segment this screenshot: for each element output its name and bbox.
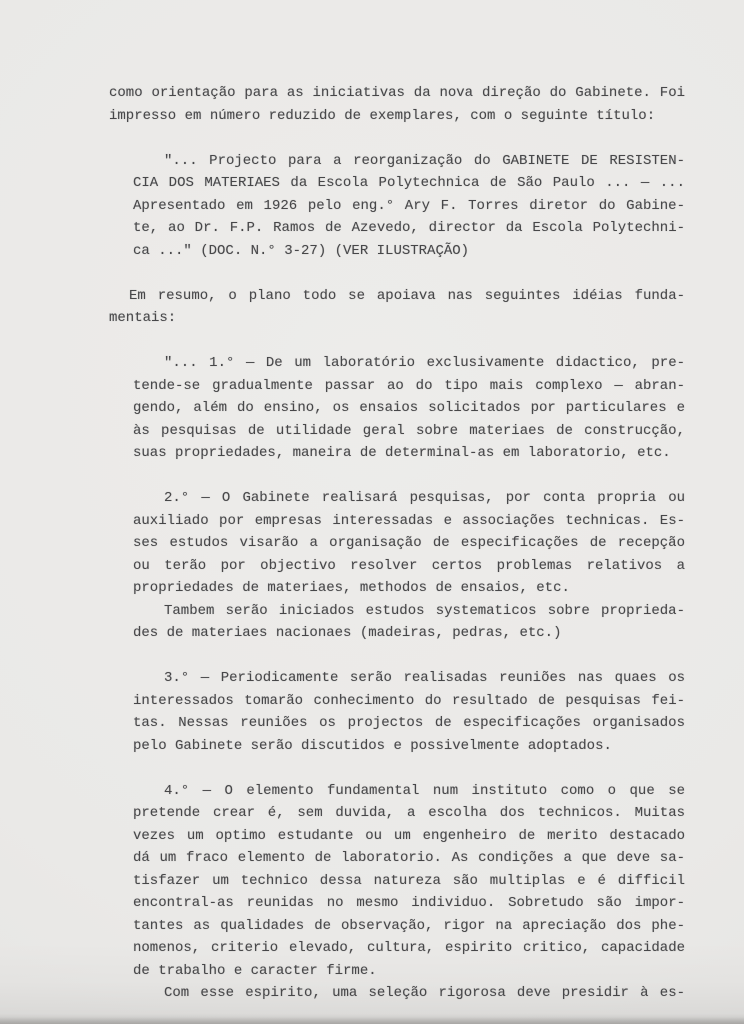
text-line: pelo Gabinete serão discutidos e possive… bbox=[109, 735, 685, 758]
text-line: ses estudos visarão a organisação de esp… bbox=[109, 532, 685, 555]
text-line: auxiliado por empresas interessadas e as… bbox=[109, 510, 685, 533]
text-line: tende-se gradualmente passar ao do tipo … bbox=[109, 375, 685, 398]
scanned-page: como orientação para as iniciativas da n… bbox=[0, 0, 744, 1024]
text-line: suas propriedades, maneira de determinal… bbox=[109, 442, 685, 465]
text-line: "... 1.° — De um laboratório exclusivame… bbox=[109, 352, 685, 375]
text-line: nomenos, criterio elevado, cultura, espi… bbox=[109, 937, 685, 960]
blank-line bbox=[109, 645, 685, 668]
text-line: 2.° — O Gabinete realisará pesquisas, po… bbox=[109, 487, 685, 510]
text-line: 3.° — Periodicamente serão realisadas re… bbox=[109, 667, 685, 690]
text-line: Com esse espirito, uma seleção rigorosa … bbox=[109, 982, 685, 1005]
text-line: tantes as qualidades de observação, rigo… bbox=[109, 915, 685, 938]
text-line: às pesquisas de utilidade geral sobre ma… bbox=[109, 420, 685, 443]
text-line: dá um fraco elemento de laboratorio. As … bbox=[109, 847, 685, 870]
text-line: interessados tomarão conhecimento do res… bbox=[109, 690, 685, 713]
text-line: propriedades de materiaes, methodos de e… bbox=[109, 577, 685, 600]
scan-bottom-edge-shadow bbox=[0, 1017, 744, 1024]
text-line: tisfazer um technico dessa natureza são … bbox=[109, 870, 685, 893]
blank-line bbox=[109, 757, 685, 780]
text-line: 4.° — O elemento fundamental num institu… bbox=[109, 780, 685, 803]
text-line: pretende crear é, sem duvida, a escolha … bbox=[109, 802, 685, 825]
blank-line bbox=[109, 127, 685, 150]
blank-line bbox=[109, 262, 685, 285]
text-line: ca ..." (DOC. N.° 3-27) (VER ILUSTRAÇÃO) bbox=[109, 240, 685, 263]
text-line: mentais: bbox=[109, 307, 685, 330]
text-line: Apresentado em 1926 pelo eng.° Ary F. To… bbox=[109, 195, 685, 218]
text-line: des de materiaes nacionaes (madeiras, pe… bbox=[109, 622, 685, 645]
text-line: como orientação para as iniciativas da n… bbox=[109, 82, 685, 105]
text-line: de trabalho e caracter firme. bbox=[109, 960, 685, 983]
text-line: encontral-as reunidas no mesmo individuo… bbox=[109, 892, 685, 915]
blank-line bbox=[109, 465, 685, 488]
text-line: impresso em número reduzido de exemplare… bbox=[109, 105, 685, 128]
text-line: CIA DOS MATERIAES da Escola Polytechnica… bbox=[109, 172, 685, 195]
text-line: vezes um optimo estudante ou um engenhei… bbox=[109, 825, 685, 848]
blank-line bbox=[109, 330, 685, 353]
text-line: Tambem serão iniciados estudos systemati… bbox=[109, 600, 685, 623]
text-line: te, ao Dr. F.P. Ramos de Azevedo, direct… bbox=[109, 217, 685, 240]
text-line: gendo, além do ensino, os ensaios solici… bbox=[109, 397, 685, 420]
text-line: Em resumo, o plano todo se apoiava nas s… bbox=[109, 285, 685, 308]
text-line: ou terão por objectivo resolver certos p… bbox=[109, 555, 685, 578]
document-text: como orientação para as iniciativas da n… bbox=[109, 82, 685, 1005]
text-line: tas. Nessas reuniões os projectos de esp… bbox=[109, 712, 685, 735]
text-line: "... Projecto para a reorganização do GA… bbox=[109, 150, 685, 173]
